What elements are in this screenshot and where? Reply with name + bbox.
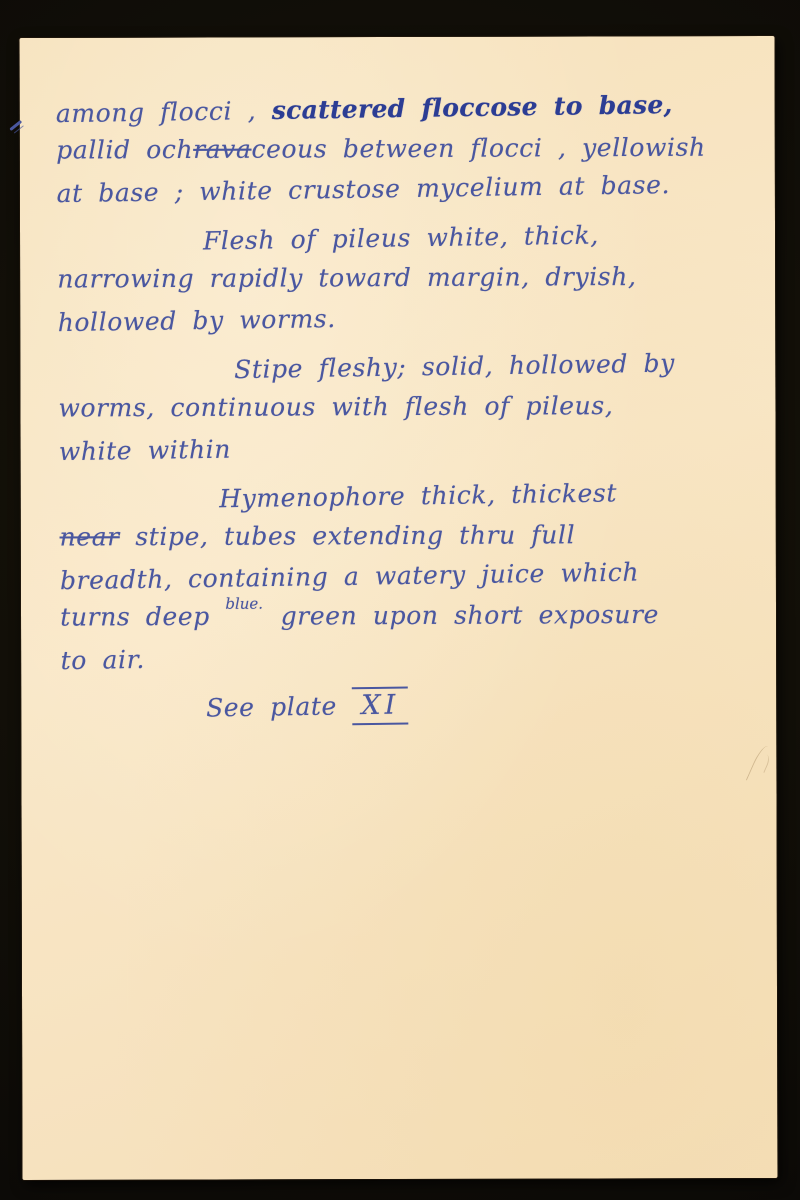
handwriting-line: breadth, containing a watery juice which [60,551,760,601]
left-edge-ink-mark [9,120,22,131]
handwriting-segment: Flesh of pileus white, thick, [203,221,599,256]
handwriting-line: at base ; white crustose mycelium at bas… [56,164,756,214]
paper-sheet: among flocci , scattered floccose to bas… [20,36,778,1180]
handwriting-line: narrowing rapidly toward margin, dryish, [57,256,756,299]
handwriting-segment: Stipe fleshy; solid, hollowed by [234,349,675,385]
handwriting-segment: among flocci , [56,96,272,128]
handwritten-text: among flocci , scattered floccose to bas… [56,86,761,737]
handwriting-segment: white within [59,435,232,467]
handwriting-line: near stipe, tubes extending thru full [59,514,758,557]
handwriting-segment: Hymenophore thick, thickest [219,478,617,513]
handwriting-segment: narrowing rapidly toward margin, dryish, [57,262,636,294]
handwriting-insertion-above-line: blue. [225,595,263,613]
handwriting-segment: pallid och [56,135,193,165]
handwriting-line: Hymenophore thick, thickest [219,471,759,519]
handwriting-line: worms, continuous with flesh of pileus, [58,385,757,428]
handwriting-line: to air. [60,631,760,681]
handwriting-segment: worms, continuous with flesh of pileus, [58,391,613,422]
handwriting-line: turns deep blue. green upon short exposu… [60,594,759,637]
plate-reference: See plate XI [206,680,761,728]
handwriting-line: hollowed by worms. [57,293,757,343]
handwriting-segment-dark-ink: scattered floccose to base, [271,90,672,125]
handwriting-line: white within [59,422,759,472]
paragraph-plate-reference: See plate XI [61,682,760,728]
handwriting-segment-struck: rava [193,135,251,164]
right-edge-pencil-mark [746,744,772,785]
handwriting-line: among flocci , scattered floccose to bas… [56,84,756,134]
handwriting-segment: ceous between flocci , yellowish [251,133,705,164]
handwriting-segment: at base ; white crustose mycelium at bas… [56,170,670,208]
handwriting-line: Flesh of pileus white, thick, [203,213,757,261]
handwriting-line: pallid ochravaceous between flocci , yel… [56,127,755,170]
handwriting-segment: to air. [60,645,145,675]
handwriting-segment: See plate [206,691,353,722]
handwriting-segment: turns deep [60,602,225,632]
handwriting-segment: green upon short exposure [265,600,659,631]
handwriting-line: Stipe fleshy; solid, hollowed by [234,342,758,390]
scan-background: among flocci , scattered floccose to bas… [0,0,800,1200]
handwriting-segment-struck: near [60,522,120,551]
plate-number-boxed: XI [352,686,408,725]
handwriting-segment: breadth, containing a watery juice which [60,558,640,596]
paragraph-hymenophore: Hymenophore thick, thickest near stipe, … [59,473,760,679]
paragraph-cap-surface: among flocci , scattered floccose to bas… [56,86,756,212]
handwriting-segment: stipe, tubes extending thru full [120,520,576,551]
handwriting-segment: hollowed by worms. [57,304,336,337]
paragraph-stipe: Stipe fleshy; solid, hollowed by worms, … [58,344,758,470]
paragraph-flesh: Flesh of pileus white, thick, narrowing … [57,215,757,341]
